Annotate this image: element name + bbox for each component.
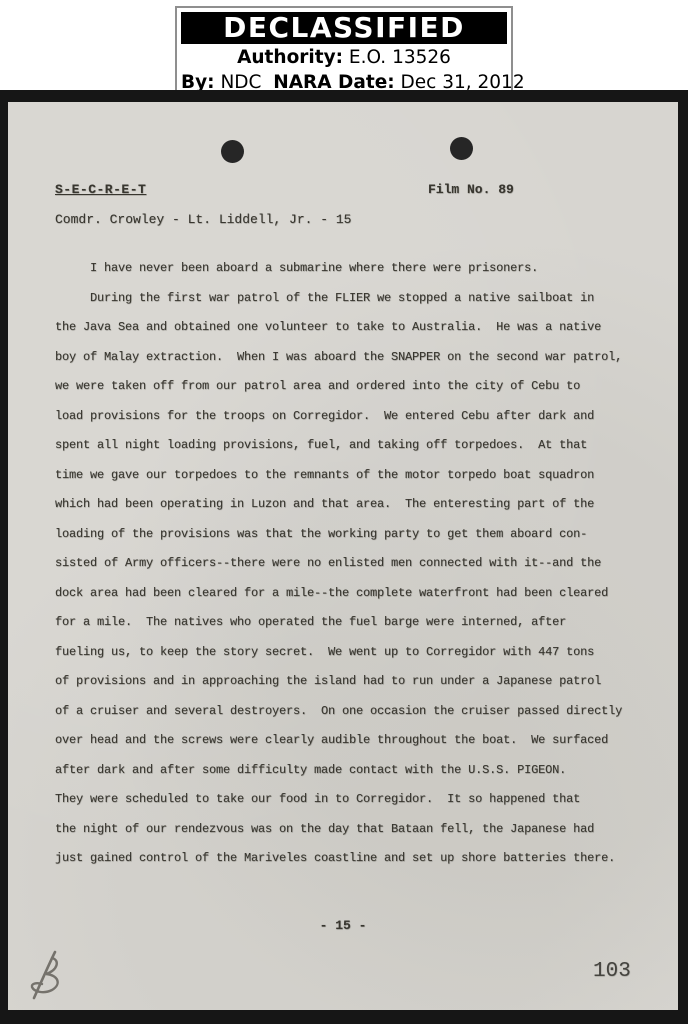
scan-background: S-E-C-R-E-T Film No. 89 Comdr. Crowley -… — [0, 90, 688, 1024]
authority-label: Authority: — [237, 47, 343, 68]
stamp-title: DECLASSIFIED — [181, 12, 507, 44]
body-line: which had been operating in Luzon and th… — [55, 490, 647, 520]
page-number: - 15 - — [8, 918, 678, 933]
body-line: just gained control of the Mariveles coa… — [55, 844, 647, 874]
body-line: the Java Sea and obtained one volunteer … — [55, 313, 647, 343]
body-line: sisted of Army officers--there were no e… — [55, 549, 647, 579]
body-line: of a cruiser and several destroyers. On … — [55, 697, 647, 727]
body-line: the night of our rendezvous was on the d… — [55, 815, 647, 845]
body-line: after dark and after some difficulty mad… — [55, 756, 647, 786]
body-line: dock area had been cleared for a mile--t… — [55, 579, 647, 609]
body-line: fueling us, to keep the story secret. We… — [55, 638, 647, 668]
body-line: spent all night loading provisions, fuel… — [55, 431, 647, 461]
declassification-stamp: DECLASSIFIED Authority: E.O. 13526 By: N… — [0, 6, 688, 101]
body-line: for a mile. The natives who operated the… — [55, 608, 647, 638]
film-number: Film No. 89 — [428, 182, 514, 197]
hole-punch-left — [221, 140, 244, 163]
stamp-box: DECLASSIFIED Authority: E.O. 13526 By: N… — [175, 6, 513, 101]
body-line: I have never been aboard a submarine whe… — [55, 254, 647, 284]
body-text: I have never been aboard a submarine whe… — [55, 254, 647, 874]
body-line: of provisions and in approaching the isl… — [55, 667, 647, 697]
body-line: During the first war patrol of the FLIER… — [55, 284, 647, 314]
folio-number: 103 — [593, 960, 631, 983]
stamp-authority-line: Authority: E.O. 13526 — [181, 46, 507, 69]
body-line: loading of the provisions was that the w… — [55, 520, 647, 550]
body-line: load provisions for the troops on Correg… — [55, 402, 647, 432]
body-line: time we gave our torpedoes to the remnan… — [55, 461, 647, 491]
body-line: we were taken off from our patrol area a… — [55, 372, 647, 402]
hole-punch-right — [450, 137, 473, 160]
body-line: over head and the screws were clearly au… — [55, 726, 647, 756]
document-page: S-E-C-R-E-T Film No. 89 Comdr. Crowley -… — [8, 102, 678, 1010]
document-heading: Comdr. Crowley - Lt. Liddell, Jr. - 15 — [55, 212, 351, 227]
authority-value: E.O. 13526 — [343, 47, 451, 68]
body-line: They were scheduled to take our food in … — [55, 785, 647, 815]
classification-marking: S-E-C-R-E-T — [55, 182, 146, 197]
body-line: boy of Malay extraction. When I was aboa… — [55, 343, 647, 373]
handwritten-mark — [22, 948, 70, 1004]
